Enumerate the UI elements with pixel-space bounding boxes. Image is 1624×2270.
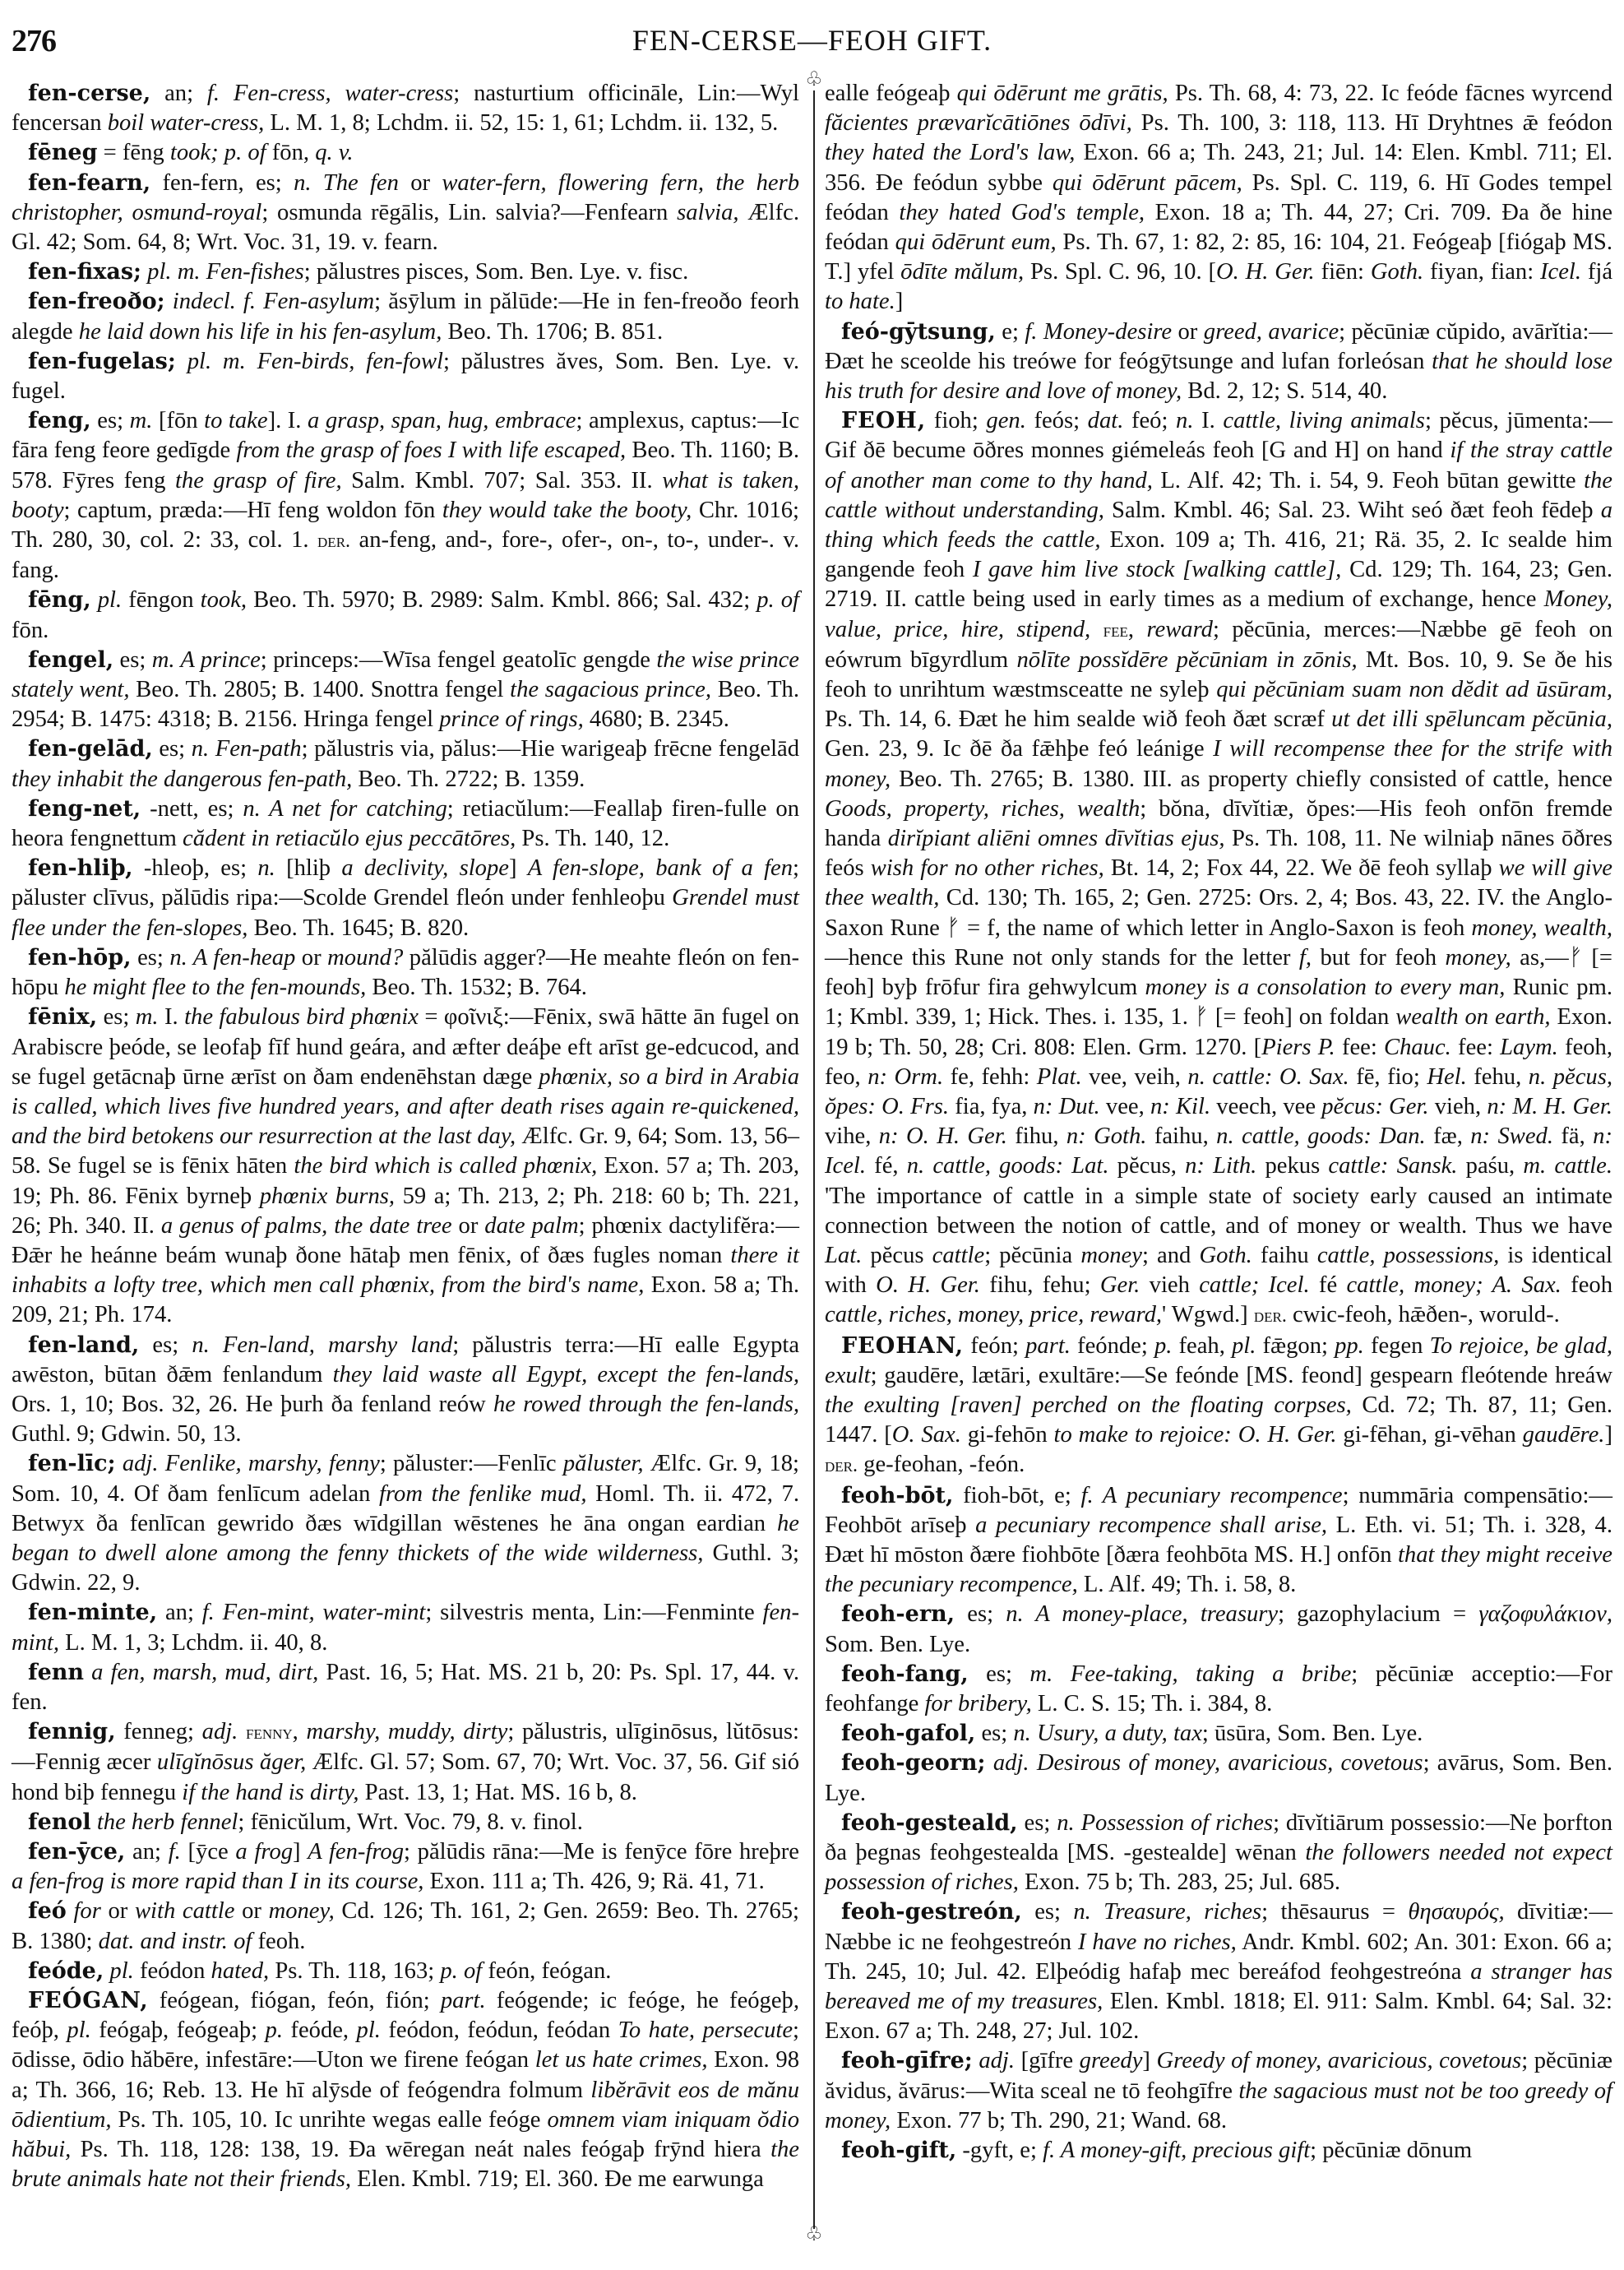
italic-gloss: greedy [1080,2048,1143,2073]
italic-gloss: he rowed through the fen-lands, [493,1392,799,1417]
entry-text: Ps. Th. 118, 163; [269,1958,440,1984]
italic-gloss: Plat. [1037,1064,1082,1090]
italic-gloss: m. [130,408,153,433]
headword: feoh-gestreón, [841,1899,1022,1925]
entry-text: Elen. Kmbl. 719; El. 360. Ðe me earwunga [351,2166,764,2192]
entry-text: ; thēsaurus = [1261,1899,1408,1925]
entry-text: ; ūsūra, Som. Ben. Lye. [1202,1721,1423,1746]
entry-text: ' Wgwd.] [1162,1302,1254,1327]
italic-gloss: he might flee to the fen-mounds, [64,975,366,1000]
entry-text: fen-fern, es; [150,170,294,196]
italic-gloss: pl. [104,1958,134,1984]
headword: fen-fugelas; [28,349,176,374]
italic-gloss: prince of rings, [439,706,584,732]
italic-gloss: pl. [67,2018,90,2043]
italic-gloss: n: Swed. [1470,1123,1553,1149]
italic-gloss: adj. [973,2048,1015,2073]
entry-text: Ps. Th. 14, 6. Ðæt he him sealde wið feo… [825,706,1331,732]
italic-gloss: the exulting [raven] perched on the floa… [825,1392,1352,1418]
italic-gloss: cattle; Icel. [1199,1272,1309,1298]
italic-gloss: they hated the Lord's law, [825,140,1075,165]
entry-text: or [295,945,327,971]
entry-text: -hleoþ, es; [133,855,258,881]
dictionary-entry: feoh-gesteald, es; n. Possession of rich… [825,1809,1612,1898]
dictionary-entry: fen-freoðo; indecl. f. Fen-asylum; ăsȳlu… [12,287,799,346]
italic-gloss: n. cattle, goods: Lat. [907,1153,1109,1179]
italic-gloss: p. of [440,1958,482,1984]
entry-text: pekus [1256,1153,1328,1179]
italic-gloss: n: Kil. [1150,1094,1210,1119]
italic-gloss: boil water-cress, [108,110,265,136]
entry-text: ; princeps:—Wīsa fengel geatolīc gengde [261,647,657,673]
entry-text: faihu [1252,1243,1317,1268]
italic-gloss: wealth on earth, [1395,1004,1550,1030]
italic-gloss: făcientes prævarĭcātiōnes ōdīvi, [825,110,1132,136]
italic-gloss: m. A prince [152,647,261,673]
entry-text: es; [91,408,130,433]
italic-gloss: n: Dut. [1034,1094,1100,1119]
italic-gloss: for bribery, [924,1691,1031,1716]
entry-text: Exon. 111 a; Th. 426, 9; Rä. 41, 71. [423,1869,764,1894]
italic-gloss: money, [269,1898,335,1924]
italic-gloss: a frog [235,1839,293,1865]
entry-text: Ps. Th. 140, 12. [516,826,669,851]
entry-text: cwic-feoh, hǣðen-, woruld-. [1287,1302,1560,1327]
italic-gloss: to hate. [825,289,895,314]
italic-gloss: dirĭpiant aliēni omnes dīvĭtias ejus, [888,826,1225,851]
entry-text: Beo. Th. 1706; B. 851. [442,319,663,345]
italic-gloss: n. Fen-land, marshy land [192,1332,452,1358]
entry-text: [hliþ [275,855,342,881]
headword: fen-freoðo; [28,289,165,314]
italic-gloss: money is a consolation to every man, [1145,975,1506,1000]
entry-text: or [234,1898,268,1924]
italic-gloss: qui ōdērunt me grātis, [957,81,1168,106]
entry-text: fihu, fehu; [980,1272,1100,1298]
entry-text: ealle feógeaþ [825,81,957,106]
italic-gloss: O. H. Ger. [1216,259,1315,285]
entry-text: Beo. Th. 2765; B. 1380. III. as property… [891,767,1612,792]
italic-gloss: n. [257,855,275,881]
dictionary-entry: fen-hōp, es; n. A fen-heap or mound? păl… [12,943,799,1003]
entry-text: Bt. 14, 2; Fox 44, 22. We ðē feoh syllaþ [1104,855,1499,881]
italic-gloss: to make to rejoice: O. H. Ger. [1054,1422,1337,1448]
entry-text [1090,617,1103,642]
entry-text: es; [153,736,192,762]
entry-text: fioh; [926,408,986,433]
italic-gloss: Goth. [1199,1243,1252,1268]
entry-text: [ȳce [181,1839,236,1865]
dictionary-entry: fen-līc; adj. Fenlike, marshy, fenny; pă… [12,1449,799,1598]
entry-text: Beo. Th. 2722; B. 1359. [352,767,585,792]
dictionary-entry: feoh-gestreón, es; n. Treasure, riches; … [825,1897,1612,2046]
italic-gloss: they inhabit the dangerous fen-path, [12,767,352,792]
italic-gloss: f. Money-desire [1025,319,1172,345]
italic-gloss: pĕcus: Ger. [1321,1094,1428,1119]
italic-gloss: Piers P. [1261,1035,1335,1060]
italic-gloss: Hel. [1427,1064,1466,1090]
headword: fen-līc; [28,1451,116,1476]
entry-text: fioh-bōt, e; [953,1483,1080,1508]
italic-gloss: n. [1176,408,1193,433]
entry-text: es; [132,945,170,971]
entry-text: Past. 13, 1; Hat. MS. 16 b, 8. [359,1780,637,1805]
italic-gloss: To hate, persecute [618,2018,793,2043]
entry-text: vee, veih, [1082,1064,1188,1090]
italic-gloss: part. [1025,1333,1071,1359]
italic-gloss: θησαυρός, [1408,1899,1504,1925]
headword: FEOHAN, [841,1333,964,1359]
entry-text: feógean, fiógan, feón, fión; [149,1988,441,2013]
italic-gloss: pl. [1232,1333,1256,1359]
entry-text: feóde, [283,2018,357,2043]
entry-text: ; păluster:—Fenlīc [380,1451,563,1476]
entry-text: —hence this Rune not only stands for the… [825,945,1299,971]
entry-text: Bd. 2, 12; S. 514, 40. [1182,378,1387,404]
entry-text: ; captum, præda:—Hī feng woldon fōn [64,498,442,523]
dictionary-entry: fen-cerse, an; f. Fen-cress, water-cress… [12,79,799,138]
dictionary-entry: FEOH, fioh; gen. feós; dat. feó; n. I. c… [825,406,1612,1331]
entry-text: , [293,1719,307,1744]
italic-gloss: money, wealth, [1471,915,1612,941]
headword: feoh-gift, [841,2138,956,2163]
italic-gloss: n. Fen-path [192,736,302,762]
entry-text: fee: [1335,1035,1384,1060]
headword: feoh-gafol, [841,1721,975,1746]
headword: fenn [28,1660,84,1685]
italic-gloss: m. [136,1004,159,1030]
small-caps-text: fenny [246,1722,293,1744]
italic-gloss: γαζοφυλάκιον, [1478,1601,1612,1627]
headword: feó-gȳtsung, [841,319,996,345]
dictionary-entry: fēnix, es; m. I. the fabulous bird phœni… [12,1003,799,1330]
headword: feoh-ern, [841,1601,955,1627]
italic-gloss: Goods, property, riches, wealth [825,796,1140,822]
entry-text: L. Alf. 49; Th. i. 58, 8. [1078,1572,1297,1597]
entry-text: Beo. Th. 5970; B. 2989: Salm. Kmbl. 866;… [247,587,756,613]
column-ornament-bottom-icon: ♧ [803,2224,825,2245]
italic-gloss: m. cattle. [1523,1153,1612,1179]
italic-gloss: qui ōdērunt eum, [895,229,1057,255]
entry-text: ] [895,289,904,314]
small-caps-text: der. [825,1455,858,1476]
italic-gloss: q. v. [315,140,353,165]
entry-text: ]. I. [268,408,308,433]
entry-text: veech, vee [1210,1094,1321,1119]
italic-gloss: f. A money-gift, precious gift [1043,2138,1310,2163]
dictionary-entry: fēng, pl. fēngon took, Beo. Th. 5970; B.… [12,586,799,645]
italic-gloss: cattle: Sansk. [1328,1153,1457,1179]
entry-text: fenneg; [116,1719,202,1744]
entry-text: Ps. Th. 118, 128: 138, 19. Ða wēregan ne… [71,2137,770,2162]
left-column: fen-cerse, an; f. Fen-cress, water-cress… [12,79,799,2194]
entry-text: e; [996,319,1025,345]
headword: feng-net, [28,796,141,822]
italic-gloss: pl. [91,587,122,613]
entry-text: but for feoh [1312,945,1446,971]
headword: feoh-bōt, [841,1483,953,1508]
italic-gloss: Greedy of money, avaricious, covetous [1157,2048,1522,2073]
dictionary-entry: FEOHAN, feón; part. feónde; p. feah, pl.… [825,1332,1612,1481]
headword: feng, [28,408,91,433]
entry-text: Som. Ben. Lye. [825,1632,970,1657]
dictionary-entry: fen-ȳce, an; f. [ȳce a frog] A fen-frog;… [12,1837,799,1897]
dictionary-entry: feóde, pl. feódon hated, Ps. Th. 118, 16… [12,1957,799,1986]
italic-gloss: money [1080,1243,1142,1268]
entry-text: ; osmunda rēgālis, Lin. salvia?—Fenfearn [261,200,677,225]
entry-text: fé [1310,1272,1347,1298]
entry-text: I. [1193,408,1223,433]
italic-gloss: n. cattle, goods: Dan. [1216,1123,1426,1149]
dictionary-entry: fen-land, es; n. Fen-land, marshy land; … [12,1331,799,1450]
entry-text: Ps. Th. 100, 3: 118, 113. Hī Dryhtnes ǣ … [1132,110,1612,136]
italic-gloss: n: Goth. [1066,1123,1147,1149]
italic-gloss: pl. m. Fen-fishes [141,259,304,285]
entry-text: Beo. Th. 1532; B. 764. [366,975,587,1000]
entry-text: ; pĕcūnia [984,1243,1080,1268]
entry-text: feón; [964,1333,1025,1359]
italic-gloss: n. Possession of riches [1057,1810,1273,1836]
dictionary-entry: feoh-gafol, es; n. Usury, a duty, tax; ū… [825,1719,1612,1749]
italic-gloss: n: M. H. Ger. [1487,1094,1612,1119]
italic-gloss: qui pĕcūniam suam non dĕdit ad ūsūram, [1216,677,1612,702]
entry-text: es; [955,1601,1006,1627]
italic-gloss: the bird which is called phœnix, [294,1153,597,1179]
italic-gloss: the fabulous bird phœnix [184,1004,419,1030]
entry-text: an; [150,81,207,106]
italic-gloss: m. Fee-taking, taking a bribe [1029,1661,1351,1687]
italic-gloss: A fen-slope, bank of a fen [528,855,793,881]
entry-text: fee: [1451,1035,1500,1060]
entry-text: ; gaudēre, lætāri, exultāre:—Se feónde [… [871,1363,1612,1388]
entry-text: ; fēnicŭlum, Wrt. Voc. 79, 8. v. finol. [238,1809,583,1835]
entry-text: an; [125,1839,168,1865]
entry-text: L. Alf. 42; Th. i. 54, 9. Feoh būtan gew… [1153,468,1584,493]
dictionary-entry: feoh-gīfre; adj. [gīfre greedy] Greedy o… [825,2046,1612,2136]
italic-gloss: ut det illi spēluncam pĕcūnia, [1331,706,1612,732]
entry-text: fegen [1364,1333,1430,1359]
italic-gloss: A fen-frog [308,1839,404,1865]
entry-text: ; and [1142,1243,1200,1268]
entry-text: es; [139,1332,192,1358]
small-caps-text: der. [1254,1305,1287,1327]
italic-gloss: greed, avarice [1204,319,1339,345]
italic-gloss: hated, [211,1958,270,1984]
entry-text: es; [1022,1899,1074,1925]
entry-text: vihe, [825,1123,879,1149]
headword: fen-hōp, [28,945,132,971]
italic-gloss: with cattle [135,1898,234,1924]
italic-gloss: Laym. [1500,1035,1558,1060]
italic-gloss: indecl. f. Fen-asylum [165,289,374,314]
dictionary-entry: feoh-georn; adj. Desirous of money, avar… [825,1749,1612,1808]
italic-gloss: Chauc. [1384,1035,1451,1060]
entry-text: Beo. Th. 1645; B. 820. [248,915,469,941]
entry-text: feó; [1123,408,1176,433]
entry-text: Ors. 1, 10; Bos. 32, 26. He þurh ða fenl… [12,1392,493,1417]
entry-text: feódon, feódun, feódan [381,2018,618,2043]
entry-text: ; silvestris menta, Lin:—Fenminte [425,1600,762,1625]
entry-text: I. [159,1004,185,1030]
dictionary-entry: feng-net, -nett, es; n. A net for catchi… [12,794,799,854]
italic-gloss: n. Usury, a duty, tax [1013,1721,1202,1746]
headword: fen-fixas; [28,259,141,285]
entry-text: fēngon [122,587,201,613]
italic-gloss: wish for no other riches, [871,855,1104,881]
headword: feoh-fang, [841,1661,969,1687]
entry-text: 'The importance of cattle in a simple st… [825,1184,1612,1239]
italic-gloss: cattle, riches, money, price, reward, [825,1302,1162,1327]
italic-gloss: cădent in retiacŭlo ejus peccātōres, [183,826,516,851]
italic-gloss: n. The fen [294,170,399,196]
italic-gloss: n: Orm. [868,1064,943,1090]
small-caps-text: fee [1103,620,1128,642]
headword: fen-hliþ, [28,855,133,881]
entry-text: vieh [1140,1272,1199,1298]
entry-text: paśu, [1457,1153,1523,1179]
entry-text: [gīfre [1015,2048,1080,2073]
italic-gloss: if the hand is dirty, [182,1780,359,1805]
italic-gloss: a fen-frog is more rapid than I in its c… [12,1869,423,1894]
headword: fen-cerse, [28,81,150,106]
dictionary-entry: fen-minte, an; f. Fen-mint, water-mint; … [12,1598,799,1657]
italic-gloss: Ger. [1100,1272,1140,1298]
italic-gloss: adj. [202,1719,238,1744]
headword: feoh-gīfre; [841,2048,973,2073]
italic-gloss: O. Sax. [892,1422,961,1448]
italic-gloss: n. cattle: O. Sax. [1187,1064,1349,1090]
italic-gloss: cattle, money; A. Sax. [1346,1272,1561,1298]
headword: fen-gelād, [28,736,153,762]
italic-gloss: p. [266,2018,283,2043]
headword: fen-land, [28,1332,139,1358]
italic-gloss: let us hate crimes, [535,2047,708,2073]
entry-text: or [452,1213,485,1239]
dictionary-entry: feoh-gift, -gyft, e; f. A money-gift, pr… [825,2136,1612,2166]
entry-text: Exon. 77 b; Th. 290, 21; Wand. 68. [891,2108,1227,2133]
italic-gloss: Icel. [1540,259,1581,285]
italic-gloss: f. Fen-cress, water-cress [207,81,453,106]
headword: feoh-gesteald, [841,1810,1018,1836]
column-ornament-top-icon: ♧ [803,69,825,90]
dictionary-entry: feng, es; m. [fōn to take]. I. a grasp, … [12,406,799,586]
headword: fēneg [28,140,97,165]
entry-text: gi-fēhan, gi-vēhan [1337,1422,1523,1448]
entry-text: or [1172,319,1204,345]
dictionary-entry: feoh-ern, es; n. A money-place, treasury… [825,1600,1612,1659]
right-column: ealle feógeaþ qui ōdērunt me grātis, Ps.… [825,79,1612,2166]
headword: fen-minte, [28,1600,157,1625]
italic-gloss: to take [204,408,267,433]
entry-text: ; pĕcūniæ dōnum [1310,2138,1472,2163]
italic-gloss: n: Lith. [1185,1153,1256,1179]
italic-gloss: dat. [1088,408,1124,433]
dictionary-entry: fenn a fen, marsh, mud, dirt, Past. 16, … [12,1658,799,1717]
italic-gloss: cattle, living animals [1223,408,1425,433]
italic-gloss: f, [1299,945,1312,971]
entry-text: pĕcus, [1108,1153,1185,1179]
italic-gloss: pl. [357,2018,381,2043]
italic-gloss: ulīgĭnōsus ăger, [157,1749,306,1775]
dictionary-entry: fen-fugelas; pl. m. Fen-birds, fen-fowl;… [12,347,799,406]
entry-text: ; pălūdis rāna:—Me is fenȳce fōre hreþre [404,1839,799,1865]
entry-text: L. M. 1, 3; Lchdm. ii. 40, 8. [59,1630,327,1656]
italic-gloss: a pecuniary recompence shall arise, [975,1513,1327,1538]
italic-gloss: O. H. Ger. [876,1272,980,1298]
headword: fennig, [28,1719,116,1744]
italic-gloss: gaudēre. [1523,1422,1605,1448]
entry-text: 4680; B. 2345. [584,706,729,732]
entry-text: L. M. 1, 8; Lchdm. ii. 52, 15: 1, 61; Lc… [264,110,778,136]
entry-text: Gen. 23, 9. Ic ðē ða fǣhþe feó leánige [825,736,1213,762]
italic-gloss: took, [201,587,247,613]
italic-gloss: ōdīte mălum, [900,259,1024,285]
italic-gloss: Lat. [825,1243,862,1268]
italic-gloss: pp. [1335,1333,1364,1359]
italic-gloss: p. of [756,587,799,613]
page-header: 276 FEN-CERSE—FEOH GIFT. [0,23,1624,64]
entry-text: Salm. Kmbl. 46; Sal. 23. Wiht seó ðæt fe… [1104,498,1601,523]
entry-text: es; [113,647,152,673]
dictionary-entry: fen-gelād, es; n. Fen-path; pălustris vi… [12,734,799,794]
entry-text: an; [157,1600,202,1625]
italic-gloss: Goth. [1371,259,1423,285]
headword: fēng, [28,587,91,613]
entry-text: feoh [1562,1272,1612,1298]
entry-text: or [399,170,442,196]
entry-text: = fēng [97,140,169,165]
entry-text: Exon. 75 b; Th. 283, 25; Jul. 685. [1019,1869,1340,1895]
entry-text: -gyft, e; [956,2138,1043,2163]
italic-gloss: păluster, [563,1451,644,1476]
entry-text: fē, fio; [1349,1064,1427,1090]
entry-text: feós; [1026,408,1088,433]
italic-gloss: he laid down his life in his fen-asylum, [79,319,442,345]
entry-text: ge-feohan, -feón. [858,1452,1025,1477]
italic-gloss: I gave him live stock [walking cattle], [973,557,1341,582]
italic-gloss: phœnix burns, [260,1184,395,1209]
italic-gloss: n. A money-place, treasury [1006,1601,1278,1627]
entry-text: fiyan, fian: [1423,259,1540,285]
dictionary-entry: feoh-fang, es; m. Fee-taking, taking a b… [825,1660,1612,1719]
entry-text: fōn. [12,618,49,643]
entry-text: fé, [866,1153,907,1179]
entry-text: Beo. Th. 2805; B. 1400. Snottra fengel [129,677,510,702]
entry-text: es; [97,1004,136,1030]
italic-gloss: adj. Desirous of money, avaricious, cove… [986,1750,1423,1776]
dictionary-entry: fēneg = fēng took; p. of fōn, q. v. [12,138,799,168]
column-divider [813,90,815,2229]
entry-text: Ps. Th. 105, 10. Ic unrihte wegas ealle … [112,2107,548,2133]
italic-gloss: nōlīte possĭdēre pĕcūniam in zōnis, [1016,647,1357,673]
headword: feoh-georn; [841,1750,986,1776]
italic-gloss: they would take the booty, [442,498,692,523]
entry-text: pĕcus [862,1243,932,1268]
headword: fēnix, [28,1004,97,1030]
entry-text: feódon [134,1958,211,1984]
entry-text: fia, fya, [949,1094,1034,1119]
italic-gloss: for [67,1898,101,1924]
italic-gloss: cattle, possessions, [1317,1243,1499,1268]
italic-gloss: from the grasp of foes I with life escap… [236,438,626,463]
entry-text: es; [1018,1810,1057,1836]
entry-text: fihu, [1007,1123,1066,1149]
headword: fenol [28,1809,91,1835]
dictionary-entry: feó for or with cattle or money, Cd. 126… [12,1897,799,1956]
italic-gloss: part. [441,1988,486,2013]
entry-text: ] [1142,2048,1156,2073]
italic-gloss: the sagacious prince, [510,677,711,702]
